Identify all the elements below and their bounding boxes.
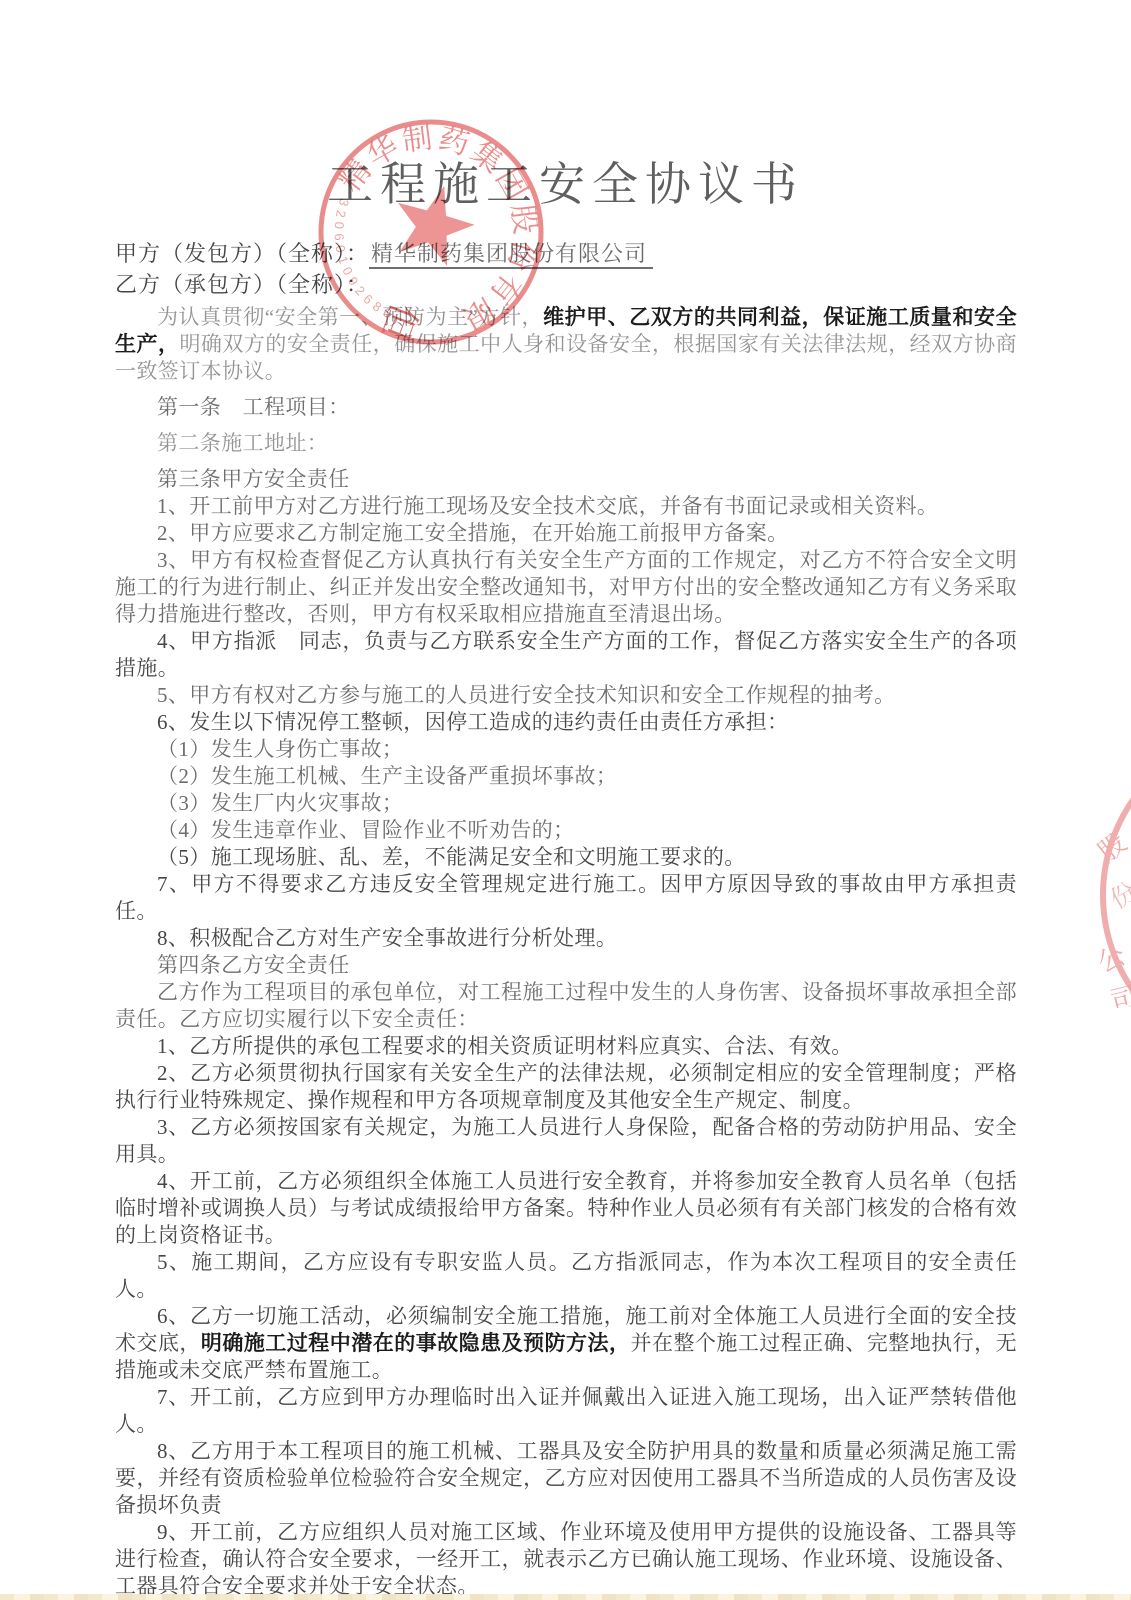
paragraph: 第二条施工地址： (115, 430, 1017, 457)
edge-seal-char: 份 (1106, 878, 1131, 915)
party-b-label: 乙方（承包方）（全称）： (115, 272, 369, 297)
paragraph-run: （2）发生施工机械、生产主设备严重损坏事故； (157, 764, 617, 788)
paragraph-run: 5、甲方有权对乙方参与施工的人员进行安全技术知识和安全工作规程的抽考。 (157, 683, 896, 707)
paragraph-run: 4、甲方指派 同志，负责与乙方联系安全生产方面的工作，督促乙方落实安全生产的各项… (115, 629, 1017, 680)
paragraph: （5）施工现场脏、乱、差，不能满足安全和文明施工要求的。 (115, 844, 1017, 871)
paragraph: 第一条 工程项目： (115, 394, 1017, 421)
edge-seal-ring (1103, 775, 1131, 1025)
paragraph: 4、甲方指派 同志，负责与乙方联系安全生产方面的工作，督促乙方落实安全生产的各项… (115, 628, 1017, 682)
edge-seal-char: 公 (1093, 940, 1130, 978)
paragraph-run: 第二条施工地址： (157, 431, 328, 455)
paragraph-run: 乙方作为工程项目的承包单位，对工程施工过程中发生的人身伤害、设备损坏事故承担全部… (115, 980, 1017, 1031)
paragraph-run: 3、乙方必须按国家有关规定，为施工人员进行人身保险，配备合格的劳动防护用品、安全… (115, 1115, 1017, 1166)
document-body: 甲方（发包方）（全称）：精华制药集团股份有限公司 乙方（承包方）（全称）： 为认… (115, 238, 1017, 1600)
paragraph: 1、乙方所提供的承包工程要求的相关资质证明材料应真实、合法、有效。 (115, 1033, 1017, 1060)
paragraph-run: 3、甲方有权检查督促乙方认真执行有关安全生产方面的工作规定，对乙方不符合安全文明… (115, 548, 1017, 626)
paragraph-run: 1、开工前甲方对乙方进行施工现场及安全技术交底，并备有书面记录或相关资料。 (157, 494, 938, 518)
paragraph: 8、乙方用于本工程项目的施工机械、工器具及安全防护用具的数量和质量必须满足施工需… (115, 1438, 1017, 1519)
paragraph-run: 2、乙方必须贯彻执行国家有关安全生产的法律法规，必须制定相应的安全管理制度；严格… (115, 1061, 1017, 1112)
paragraph: 1、开工前甲方对乙方进行施工现场及安全技术交底，并备有书面记录或相关资料。 (115, 493, 1017, 520)
paragraph: 5、施工期间，乙方应设有专职安监人员。乙方指派同志，作为本次工程项目的安全责任人… (115, 1249, 1017, 1303)
paragraph: （3）发生厂内火灾事故； (115, 790, 1017, 817)
paragraph-run: （4）发生违章作业、冒险作业不听劝告的； (157, 818, 575, 842)
paragraph-list: 为认真贯彻“安全第一、预防为主”方针，维护甲、乙双方的共同利益，保证施工质量和安… (115, 304, 1017, 1600)
paragraph-run: （3）发生厂内火灾事故； (157, 791, 403, 815)
paragraph: 3、乙方必须按国家有关规定，为施工人员进行人身保险，配备合格的劳动防护用品、安全… (115, 1114, 1017, 1168)
paragraph-run: 9、开工前，乙方应组织人员对施工区域、作业环境及使用甲方提供的设施设备、工器具等… (115, 1520, 1017, 1598)
paragraph: 7、甲方不得要求乙方违反安全管理规定进行施工。因甲方原因导致的事故由甲方承担责任… (115, 871, 1017, 925)
paragraph-run: 1、乙方所提供的承包工程要求的相关资质证明材料应真实、合法、有效。 (157, 1034, 853, 1058)
paragraph: 2、乙方必须贯彻执行国家有关安全生产的法律法规，必须制定相应的安全管理制度；严格… (115, 1060, 1017, 1114)
paragraph: 6、乙方一切施工活动，必须编制安全施工措施，施工前对全体施工人员进行全面的安全技… (115, 1303, 1017, 1384)
paragraph: 为认真贯彻“安全第一、预防为主”方针，维护甲、乙双方的共同利益，保证施工质量和安… (115, 304, 1017, 385)
paragraph-run: 4、开工前，乙方必须组织全体施工人员进行安全教育，并将参加安全教育人员名单（包括… (115, 1169, 1017, 1247)
paragraph-run: 8、乙方用于本工程项目的施工机械、工器具及安全防护用具的数量和质量必须满足施工需… (115, 1439, 1017, 1517)
party-a-value: 精华制药集团股份有限公司 (369, 241, 653, 269)
paragraph-run: 第一条 工程项目： (157, 395, 350, 419)
paragraph: 7、开工前，乙方应到甲方办理临时出入证并佩戴出入证进入施工现场，出入证严禁转借他… (115, 1384, 1017, 1438)
paragraph: （2）发生施工机械、生产主设备严重损坏事故； (115, 763, 1017, 790)
paragraph-run: 6、发生以下情况停工整顿，因停工造成的违约责任由责任方承担： (157, 710, 789, 734)
paragraph: 8、积极配合乙方对生产安全事故进行分析处理。 (115, 925, 1017, 952)
scan-bottom-edge-artifact (0, 1594, 1131, 1600)
paragraph-run: 5、施工期间，乙方应设有专职安监人员。乙方指派同志，作为本次工程项目的安全责任人… (115, 1250, 1017, 1301)
paragraph: 乙方作为工程项目的承包单位，对工程施工过程中发生的人身伤害、设备损坏事故承担全部… (115, 979, 1017, 1033)
paragraph-run: 7、甲方不得要求乙方违反安全管理规定进行施工。因甲方原因导致的事故由甲方承担责任… (115, 872, 1017, 923)
paragraph-run: （1）发生人身伤亡事故； (157, 737, 403, 761)
paragraph: （1）发生人身伤亡事故； (115, 736, 1017, 763)
paragraph-run: 2、甲方应要求乙方制定施工安全措施，在开始施工前报甲方备案。 (157, 521, 789, 545)
edge-seal-char: 股 (1092, 827, 1131, 867)
document-page: 工程施工安全协议书 甲方（发包方）（全称）：精华制药集团股份有限公司 乙方（承包… (0, 0, 1131, 1600)
paragraph: 第三条甲方安全责任 (115, 466, 1017, 493)
paragraph: 4、开工前，乙方必须组织全体施工人员进行安全教育，并将参加安全教育人员名单（包括… (115, 1168, 1017, 1249)
paragraph-run: 7、开工前，乙方应到甲方办理临时出入证并佩戴出入证进入施工现场，出入证严禁转借他… (115, 1385, 1017, 1436)
paragraph: 9、开工前，乙方应组织人员对施工区域、作业环境及使用甲方提供的设施设备、工器具等… (115, 1519, 1017, 1600)
paragraph-run: 明确施工过程中潜在的事故隐患及预防方法， (201, 1332, 631, 1355)
paragraph: 5、甲方有权对乙方参与施工的人员进行安全技术知识和安全工作规程的抽考。 (115, 682, 1017, 709)
party-a-label: 甲方（发包方）（全称）： (115, 241, 369, 266)
paragraph: 6、发生以下情况停工整顿，因停工造成的违约责任由责任方承担： (115, 709, 1017, 736)
party-a-line: 甲方（发包方）（全称）：精华制药集团股份有限公司 (115, 238, 1017, 269)
paragraph: 第四条乙方安全责任 (115, 952, 1017, 979)
paragraph-run: 8、积极配合乙方对生产安全事故进行分析处理。 (157, 926, 617, 950)
party-b-line: 乙方（承包方）（全称）： (115, 269, 1017, 300)
edge-seal-char: 司 (1108, 982, 1131, 1016)
edge-seal-fragment: 股 份 公 司 (1077, 775, 1131, 1025)
paragraph: （4）发生违章作业、冒险作业不听劝告的； (115, 817, 1017, 844)
paragraph: 2、甲方应要求乙方制定施工安全措施，在开始施工前报甲方备案。 (115, 520, 1017, 547)
paragraph-run: 明确双方的安全责任，确保施工中人身和设备安全，根据国家有关法律法规，经双方协商一… (115, 332, 1017, 383)
paragraph-run: 为认真贯彻“安全第一、预防为主”方针， (157, 305, 543, 329)
document-title: 工程施工安全协议书 (0, 148, 1131, 214)
paragraph-run: 第三条甲方安全责任 (157, 467, 350, 491)
paragraph-run: （5）施工现场脏、乱、差，不能满足安全和文明施工要求的。 (157, 845, 746, 869)
paragraph: 3、甲方有权检查督促乙方认真执行有关安全生产方面的工作规定，对乙方不符合安全文明… (115, 547, 1017, 628)
paragraph-run: 第四条乙方安全责任 (157, 953, 350, 977)
